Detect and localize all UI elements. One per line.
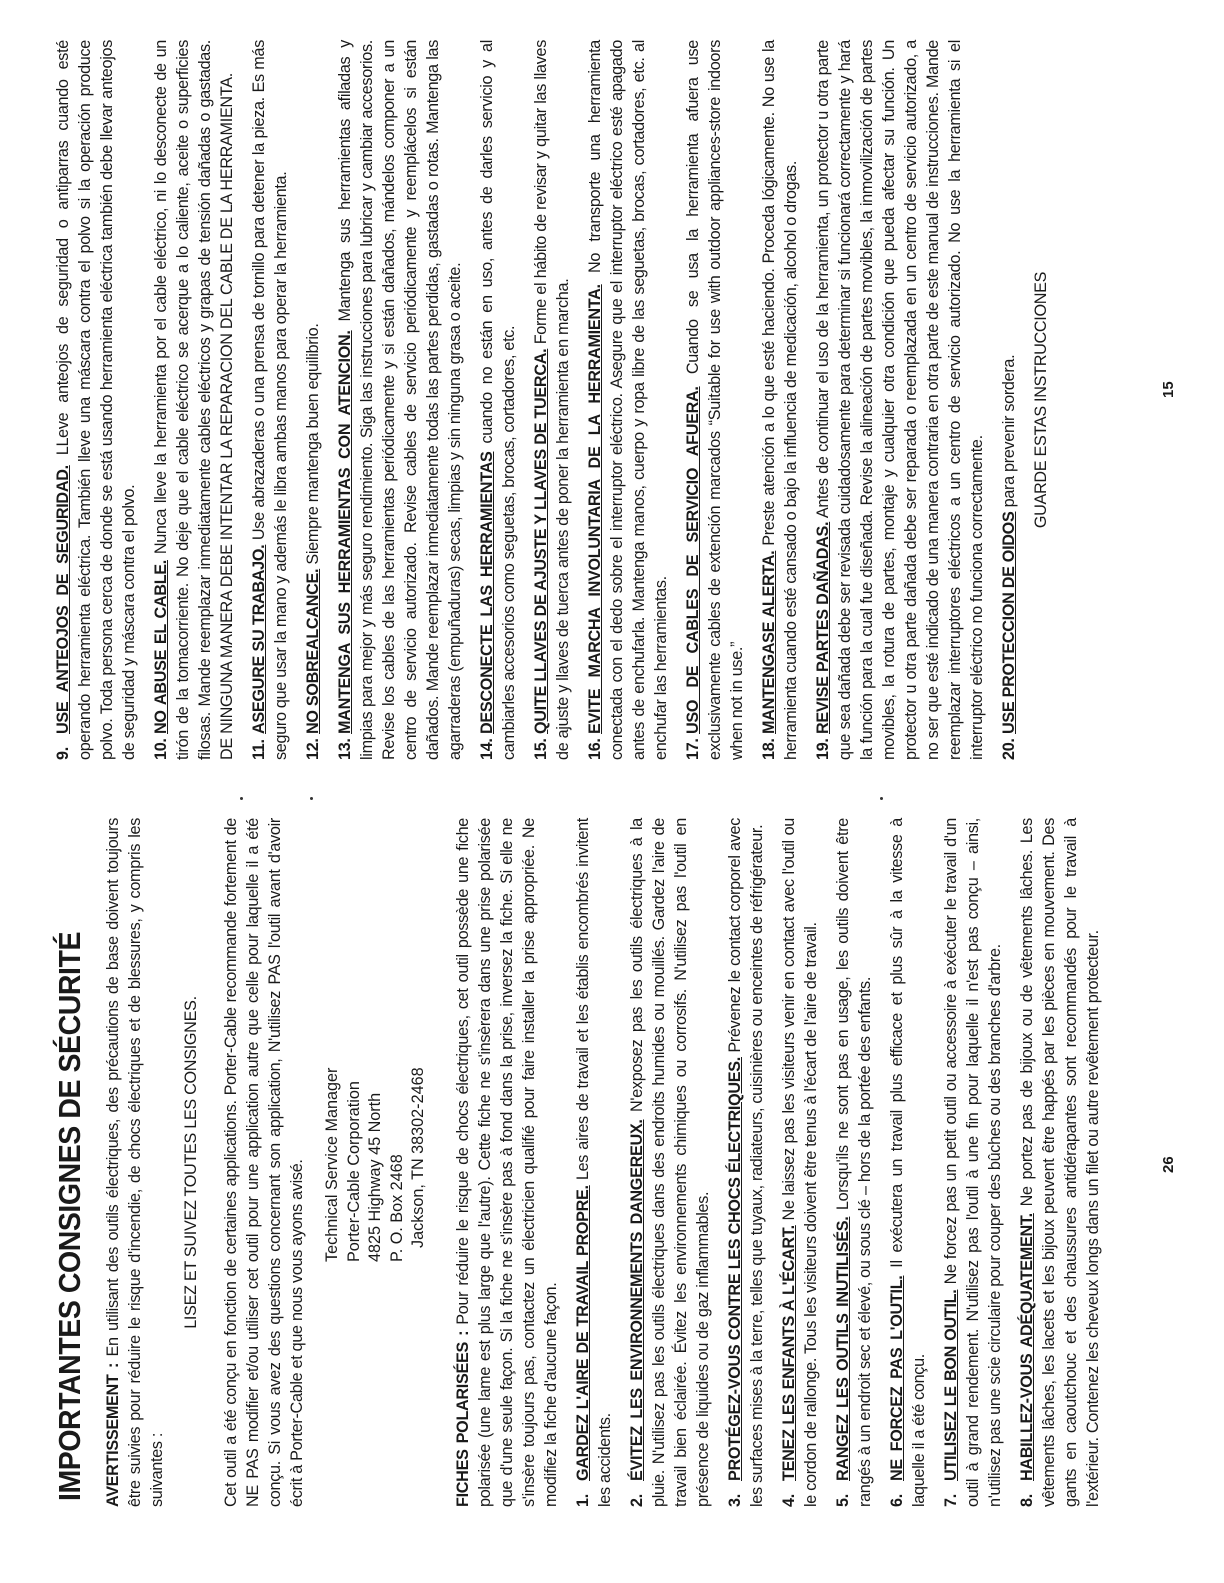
item-number: 14. — [476, 734, 498, 760]
address-line: Porter-Cable Corporation — [344, 818, 366, 1262]
safety-item: 9.USE ANTEOJOS DE SEGURIDAD. LLeve anteo… — [52, 40, 140, 760]
safety-item: 8.HABILLEZ-VOUS ADÉQUATEMENT. Ne portez … — [1016, 818, 1104, 1507]
safety-item: 6.NE FORCEZ PAS L'OUTIL. Il exécutera un… — [886, 818, 930, 1507]
item-heading: NE FORCEZ PAS L'OUTIL. — [888, 1276, 906, 1481]
safety-item: 13.MANTENGA SUS HERRAMIENTAS CON ATENCIO… — [334, 40, 466, 760]
item-text: Antes de continuar el uso de la herramie… — [814, 40, 986, 760]
safety-item: 3.PROTÉGEZ-VOUS CONTRE LES CHOCS ÉLECTRI… — [724, 818, 768, 1507]
item-heading: USO DE CABLES DE SERVICIO AFUERA. — [684, 386, 702, 734]
safety-item: 18.MANTENGASE ALERTA. Preste atención a … — [758, 40, 802, 760]
item-heading: DESCONECTE LAS HERRAMIENTAS — [478, 452, 496, 734]
scan-speck — [310, 797, 313, 800]
item-heading: RANGEZ LES OUTILS INUTILISÉS. — [834, 1217, 852, 1481]
scan-speck — [240, 797, 243, 800]
address-line: 4825 Highway 45 North — [365, 818, 387, 1262]
item-number: 6. — [886, 1481, 908, 1507]
item-number: 19. — [812, 734, 834, 760]
safety-item: 20.USE PROTECCION DE OIDOS para prevenir… — [998, 40, 1020, 760]
item-number: 17. — [682, 734, 704, 760]
safety-item: 7.UTILISEZ LE BON OUTIL. Ne forcez pas u… — [940, 818, 1006, 1507]
item-heading: NO SOBREALCANCE. — [304, 569, 322, 734]
item-number: 5. — [832, 1481, 854, 1507]
item-heading: MANTENGASE ALERTA. — [760, 551, 778, 734]
intro-paragraph: Cet outil a été conçu en fonction de cer… — [220, 818, 308, 1507]
item-heading: TENEZ LES ENFANTS À L'ÉCART. — [780, 1225, 798, 1481]
safety-item: 16.EVITE MARCHA INVOLUNTARIA DE LA HERRA… — [584, 40, 672, 760]
safety-item: 5.RANGEZ LES OUTILS INUTILISÉS. Lorsqu'i… — [832, 818, 876, 1507]
item-number: 2. — [626, 1481, 648, 1507]
polarized-label: FICHES POLARISÉES : — [454, 1331, 472, 1507]
service-address: Technical Service Manager Porter-Cable C… — [322, 818, 430, 1262]
item-number: 10. — [150, 734, 172, 760]
item-number: 11. — [248, 734, 270, 760]
item-number: 8. — [1016, 1481, 1038, 1507]
safety-item: 15.QUITE LLAVES DE AJUSTE Y LLAVES DE TU… — [530, 40, 574, 760]
polarized-plugs-paragraph: FICHES POLARISÉES : Pour réduire le risq… — [452, 818, 562, 1507]
item-number: 7. — [940, 1481, 962, 1507]
page-15-spanish: 9.USE ANTEOJOS DE SEGURIDAD. LLeve anteo… — [0, 0, 1224, 788]
item-text: para prevenir sordera. — [1000, 355, 1018, 512]
safety-item: 14.DESCONECTE LAS HERRAMIENTAS cuando no… — [476, 40, 520, 760]
safety-item: 4.TENEZ LES ENFANTS À L'ÉCART. Ne laisse… — [778, 818, 822, 1507]
item-number: 1. — [572, 1481, 594, 1507]
item-number: 18. — [758, 734, 780, 760]
item-number: 16. — [584, 734, 606, 760]
item-text: Siempre mantenga buen equilibrio. — [304, 323, 322, 568]
warning-paragraph: AVERTISSEMENT : En utilisant des outils … — [102, 818, 168, 1507]
address-line: Jackson, TN 38302-2468 — [408, 818, 430, 1262]
item-number: 9. — [52, 734, 74, 760]
item-heading: NO ABUSE EL CABLE. — [152, 560, 170, 734]
page-26-french: IMPORTANTES CONSIGNES DE SÉCURITÉ AVERTI… — [0, 788, 1224, 1583]
address-line: P. O. Box 2468 — [387, 818, 409, 1262]
item-text: Mantenga sus herramientas afiladas y lim… — [336, 40, 464, 760]
item-heading: ASEGURE SU TRABAJO. — [250, 545, 268, 734]
closing-instruction: GUARDE ESTAS INSTRUCCIONES — [1030, 40, 1052, 760]
item-heading: USE ANTEOJOS DE SEGURIDAD. — [54, 465, 72, 734]
safety-item: 17.USO DE CABLES DE SERVICIO AFUERA. Cua… — [682, 40, 748, 760]
scanned-document-sheet: IMPORTANTES CONSIGNES DE SÉCURITÉ AVERTI… — [0, 0, 1224, 1583]
warning-label: AVERTISSEMENT : — [104, 1363, 122, 1507]
safety-item: 2.ÉVITEZ LES ENVIRONNEMENTS DANGEREUX. N… — [626, 818, 714, 1507]
item-number: 4. — [778, 1481, 800, 1507]
read-all-instruction: LISEZ ET SUIVEZ TOUTES LES CONSIGNES. — [180, 818, 202, 1507]
item-number: 13. — [334, 734, 356, 760]
scan-speck — [880, 797, 883, 800]
page-number: 15 — [1160, 381, 1177, 398]
safety-item: 1.GARDEZ L'AIRE DE TRAVAIL PROPRE. Les a… — [572, 818, 616, 1507]
page-number: 26 — [1160, 1156, 1177, 1173]
item-heading: EVITE MARCHA INVOLUNTARIA DE LA HERRAMIE… — [586, 284, 604, 734]
item-heading: MANTENGA SUS HERRAMIENTAS CON ATENCION. — [336, 330, 354, 734]
page-title: IMPORTANTES CONSIGNES DE SÉCURITÉ — [52, 873, 88, 1501]
item-heading: QUITE LLAVES DE AJUSTE Y LLAVES DE TUERC… — [532, 349, 550, 734]
item-heading: GARDEZ L'AIRE DE TRAVAIL PROPRE. — [574, 1185, 592, 1481]
item-heading: REVISE PARTES DAÑADAS. — [814, 522, 832, 734]
safety-item: 19.REVISE PARTES DAÑADAS. Antes de conti… — [812, 40, 988, 760]
item-number: 12. — [302, 734, 324, 760]
item-heading: PROTÉGEZ-VOUS CONTRE LES CHOCS ÉLECTRIQU… — [726, 1057, 744, 1481]
item-heading: UTILISEZ LE BON OUTIL. — [942, 1290, 960, 1481]
item-heading: HABILLEZ-VOUS ADÉQUATEMENT. — [1018, 1213, 1036, 1481]
safety-item: 12.NO SOBREALCANCE. Siempre mantenga bue… — [302, 40, 324, 760]
safety-item: 11.ASEGURE SU TRABAJO. Use abrazaderas o… — [248, 40, 292, 760]
item-number: 15. — [530, 734, 552, 760]
item-number: 3. — [724, 1481, 746, 1507]
item-heading: USE PROTECCION DE OIDOS — [1000, 512, 1018, 734]
item-heading: ÉVITEZ LES ENVIRONNEMENTS DANGEREUX. — [628, 1119, 646, 1481]
safety-item: 10.NO ABUSE EL CABLE. Nunca lleve la her… — [150, 40, 238, 760]
address-line: Technical Service Manager — [322, 818, 344, 1262]
item-number: 20. — [998, 734, 1020, 760]
